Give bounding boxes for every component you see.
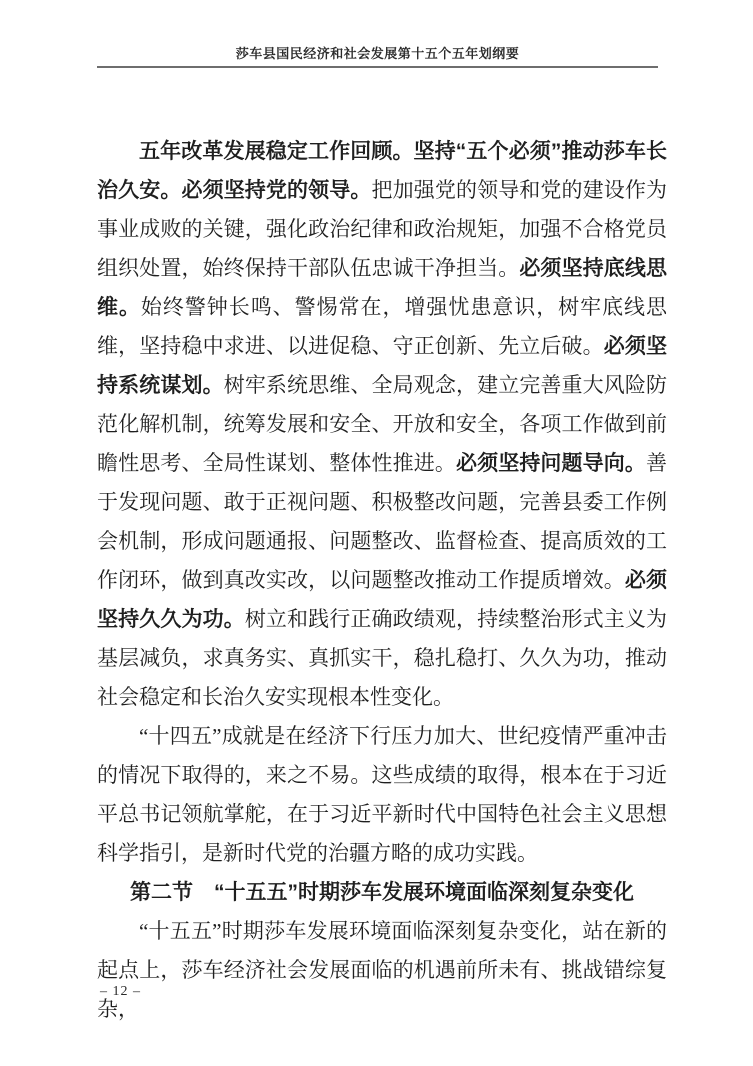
text-run: 第二节 “十五五”时期莎车发展环境面临深刻复杂变化 xyxy=(130,881,634,904)
document-body: 五年改革发展稳定工作回顾。坚持“五个必须”推动莎车长治久安。必须坚持党的领导。把… xyxy=(97,132,667,1029)
text-run: 始终警钟长鸣、警惕常在，增强忧患意识，树牢底线思维，坚持稳中求进、以进促稳、守正… xyxy=(97,295,667,358)
paragraph: 五年改革发展稳定工作回顾。坚持“五个必须”推动莎车长治久安。必须坚持党的领导。把… xyxy=(97,132,667,717)
running-header-title: 莎车县国民经济和社会发展第十五个五年划纲要 xyxy=(97,46,658,61)
document-page: 莎车县国民经济和社会发展第十五个五年划纲要 五年改革发展稳定工作回顾。坚持“五个… xyxy=(0,0,753,1066)
paragraph: “十四五”成就是在经济下行压力加大、世纪疫情严重冲击的情况下取得的，来之不易。这… xyxy=(97,717,667,873)
text-run: “十五五”时期莎车发展环境面临深刻复杂变化，站在新的起点上，莎车经济社会发展面临… xyxy=(97,919,667,1021)
text-run: 必须坚持问题导向。 xyxy=(456,452,646,475)
text-run: “十四五”成就是在经济下行压力加大、世纪疫情严重冲击的情况下取得的，来之不易。这… xyxy=(97,724,667,865)
paragraph: “十五五”时期莎车发展环境面临深刻复杂变化，站在新的起点上，莎车经济社会发展面临… xyxy=(97,912,667,1029)
header-rule xyxy=(97,66,658,68)
page-number: – 12 – xyxy=(100,984,141,1000)
section-heading: 第二节 “十五五”时期莎车发展环境面临深刻复杂变化 xyxy=(97,873,667,912)
page-header: 莎车县国民经济和社会发展第十五个五年划纲要 xyxy=(97,46,658,68)
